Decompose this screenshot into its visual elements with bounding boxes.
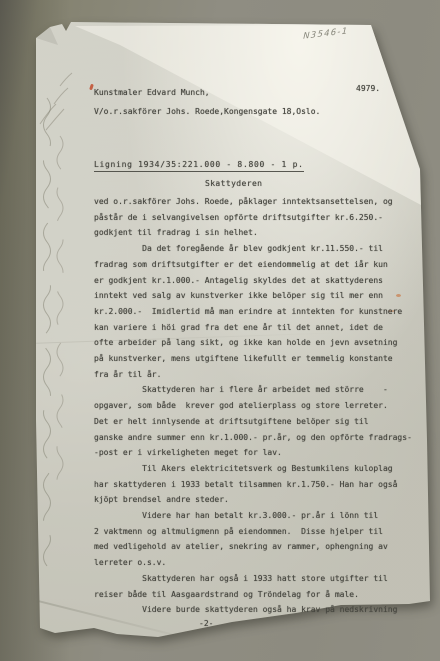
scanned-photo: N3546-1 Kunstmaler Edvard Munch, V/o.r.s… [0, 0, 440, 661]
handwritten-corner-scribble [34, 52, 84, 132]
case-heading: Ligning 1934/35:221.000 - 8.800 - 1 p. [94, 160, 304, 172]
letter-body: ved o.r.sakförer Johs. Roede, påklager i… [94, 194, 412, 618]
page-number: -2- [199, 619, 213, 628]
section-heading: Skattyderen [205, 179, 262, 188]
handwritten-marginalia [36, 92, 70, 592]
document-number: 4979. [356, 84, 380, 93]
recipient-address: Kunstmaler Edvard Munch, V/o.r.sakförer … [94, 83, 320, 121]
